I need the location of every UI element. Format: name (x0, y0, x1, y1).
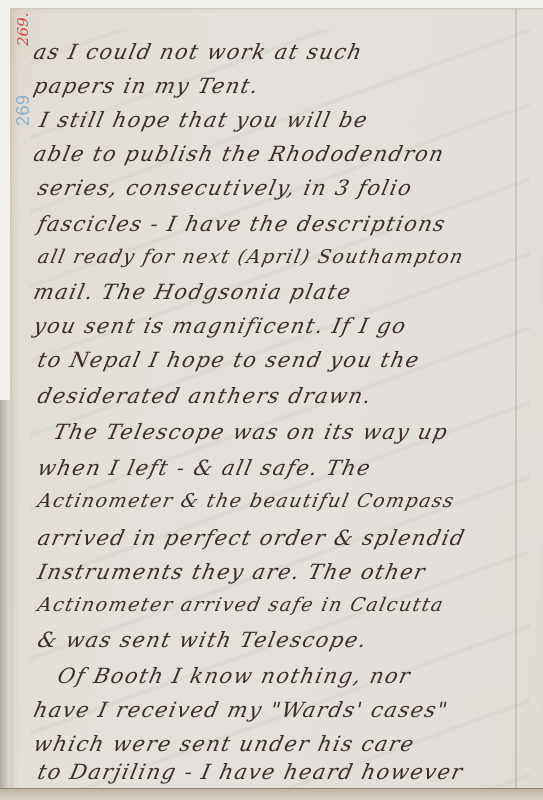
text-line: Actinometer & the beautiful Compass (36, 490, 457, 512)
folio-number-stamp: 269 (13, 94, 34, 126)
text-line: when I left - & all safe. The (35, 456, 373, 480)
text-line: fascicles - I have the descriptions (35, 212, 448, 236)
text-line: desiderated anthers drawn. (35, 384, 374, 408)
text-line: which were sent under his care (31, 732, 417, 756)
text-line: as I could not work at such (31, 40, 365, 64)
page-bottom-edge (0, 788, 543, 800)
text-line: to Nepal I hope to send you the (35, 348, 422, 372)
text-line: have I received my "Wards' cases" (31, 698, 450, 722)
text-line: Of Booth I know nothing, nor (55, 664, 413, 688)
text-line: mail. The Hodgsonia plate (31, 280, 354, 304)
text-line: series, consecutively, in 3 folio (35, 176, 415, 200)
text-line: I still hope that you will be (37, 108, 370, 132)
text-line: you sent is magnificent. If I go (31, 314, 409, 338)
text-line: & was sent with Telescope. (35, 628, 369, 652)
text-line: Actinometer arrived safe in Calcutta (36, 594, 447, 616)
document-viewer: 269. 269 as I could not work at such pap… (0, 0, 543, 800)
page-fold-line (515, 9, 517, 800)
text-line: able to publish the Rhododendron (31, 142, 447, 166)
text-line: all ready for next (April) Southampton (36, 246, 467, 268)
text-line: arrived in perfect order & splendid (35, 526, 467, 550)
folio-number-red: 269. (14, 13, 32, 46)
text-line: to Darjiling - I have heard however (35, 760, 465, 784)
text-line: papers in my Tent. (31, 74, 261, 98)
text-line: Instruments they are. The other (35, 560, 428, 584)
binding-shadow (0, 400, 10, 800)
text-line: The Telescope was on its way up (51, 420, 450, 444)
